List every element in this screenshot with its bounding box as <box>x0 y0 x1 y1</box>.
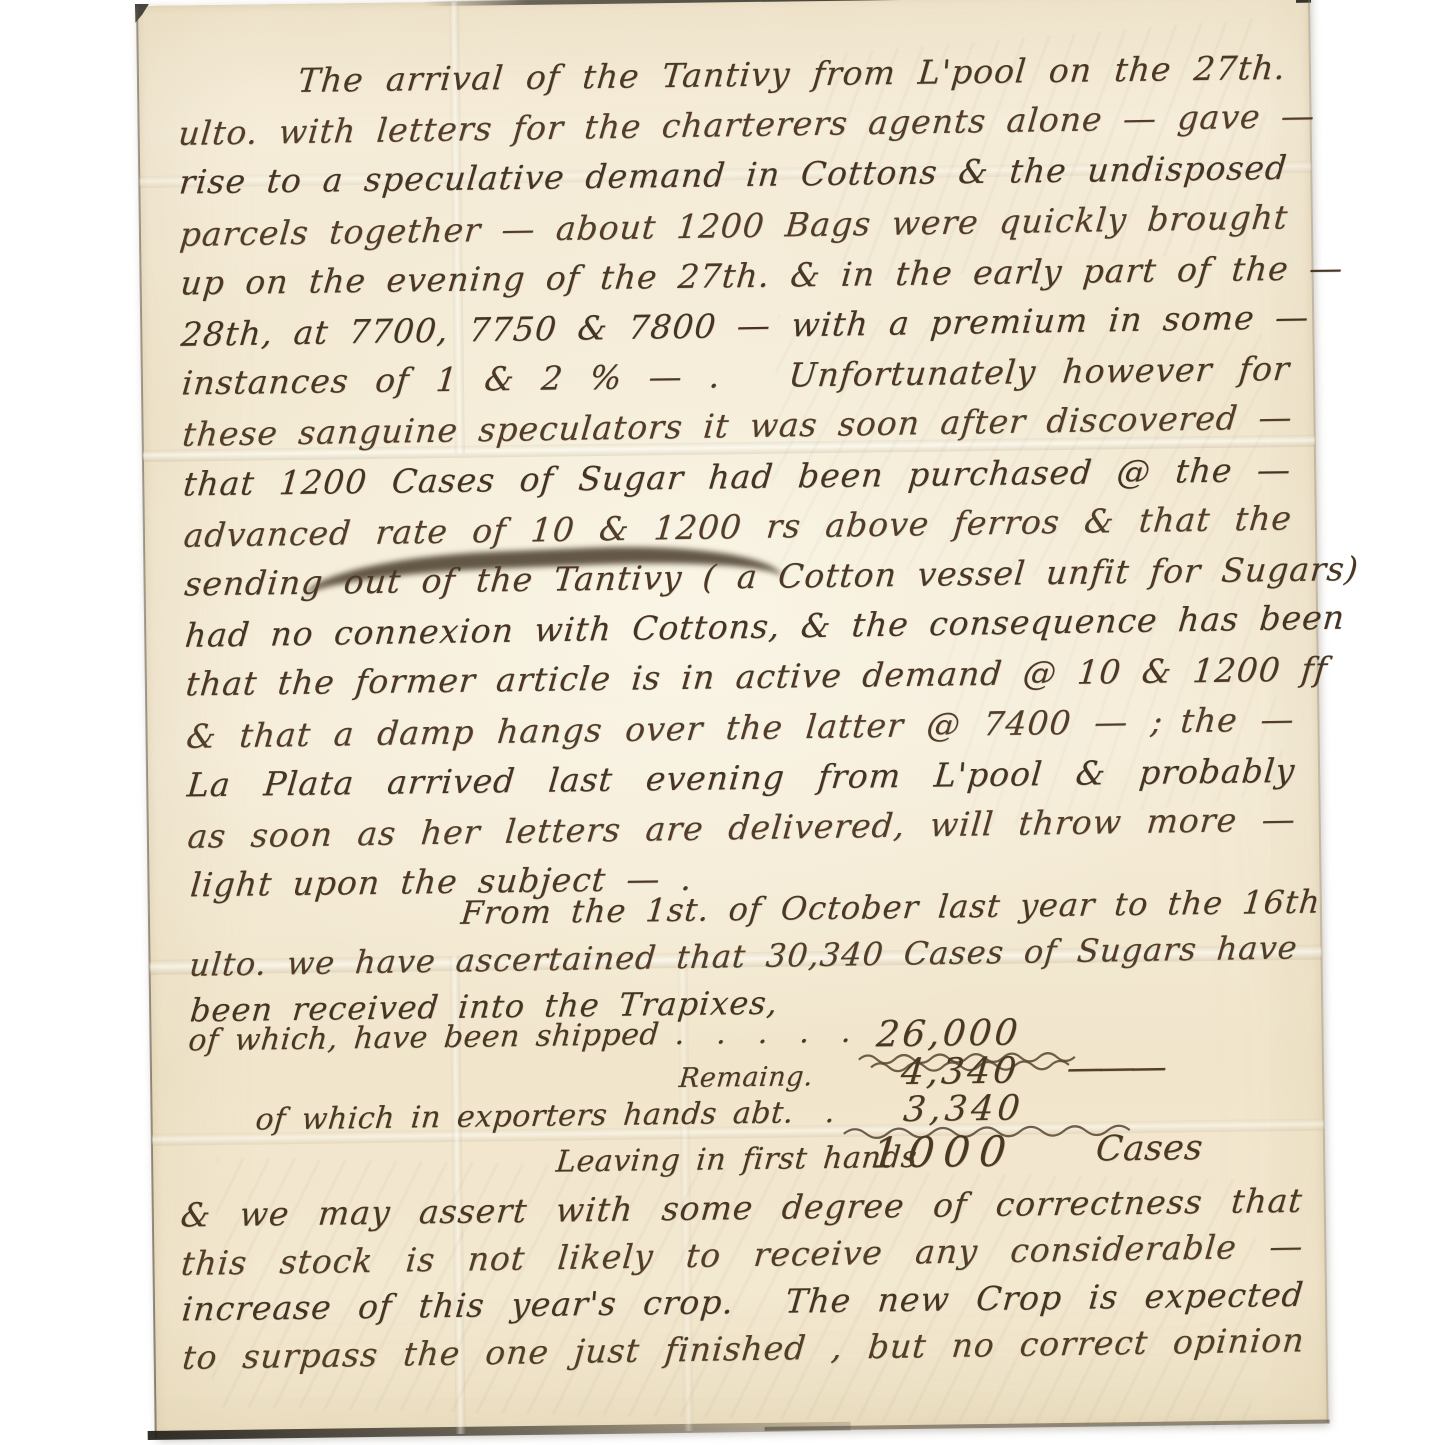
tally-remaining-dash: ——— <box>1065 1047 1165 1089</box>
tally-firsthands-value: 1000 <box>870 1127 1017 1178</box>
tally-remaining-value: 4,340 <box>899 1051 1021 1094</box>
tally-shipped-label: of which, have been shipped . . . . . <box>187 1015 853 1059</box>
tally-remaining-label: Remaing. <box>678 1061 815 1094</box>
paper-edge-top <box>423 0 1311 6</box>
paper-edge-bottom <box>148 1422 851 1440</box>
tally-firsthands-suffix: Cases <box>1094 1128 1204 1169</box>
tally-firsthands-label: Leaving in first hands <box>555 1140 919 1180</box>
letter-scan: The arrival of the Tantivy from L'pool o… <box>0 0 1445 1445</box>
paper-edge-left <box>136 6 157 1438</box>
paper-edge-right <box>1308 0 1329 1423</box>
paragraph-crop-outlook: & we may assert with some degree of corr… <box>181 1177 1305 1380</box>
tally-exporters-label: of which in exporters hands abt. . <box>254 1095 837 1138</box>
tally-shipped-value: 26,000 <box>875 1012 1023 1055</box>
paragraph-arrival-cottons: The arrival of the Tantivy from L'pool o… <box>178 43 1297 911</box>
tally-block: of which, have been shipped . . . . . 26… <box>188 1009 1310 1194</box>
letter-paper: The arrival of the Tantivy from L'pool o… <box>137 0 1328 1438</box>
